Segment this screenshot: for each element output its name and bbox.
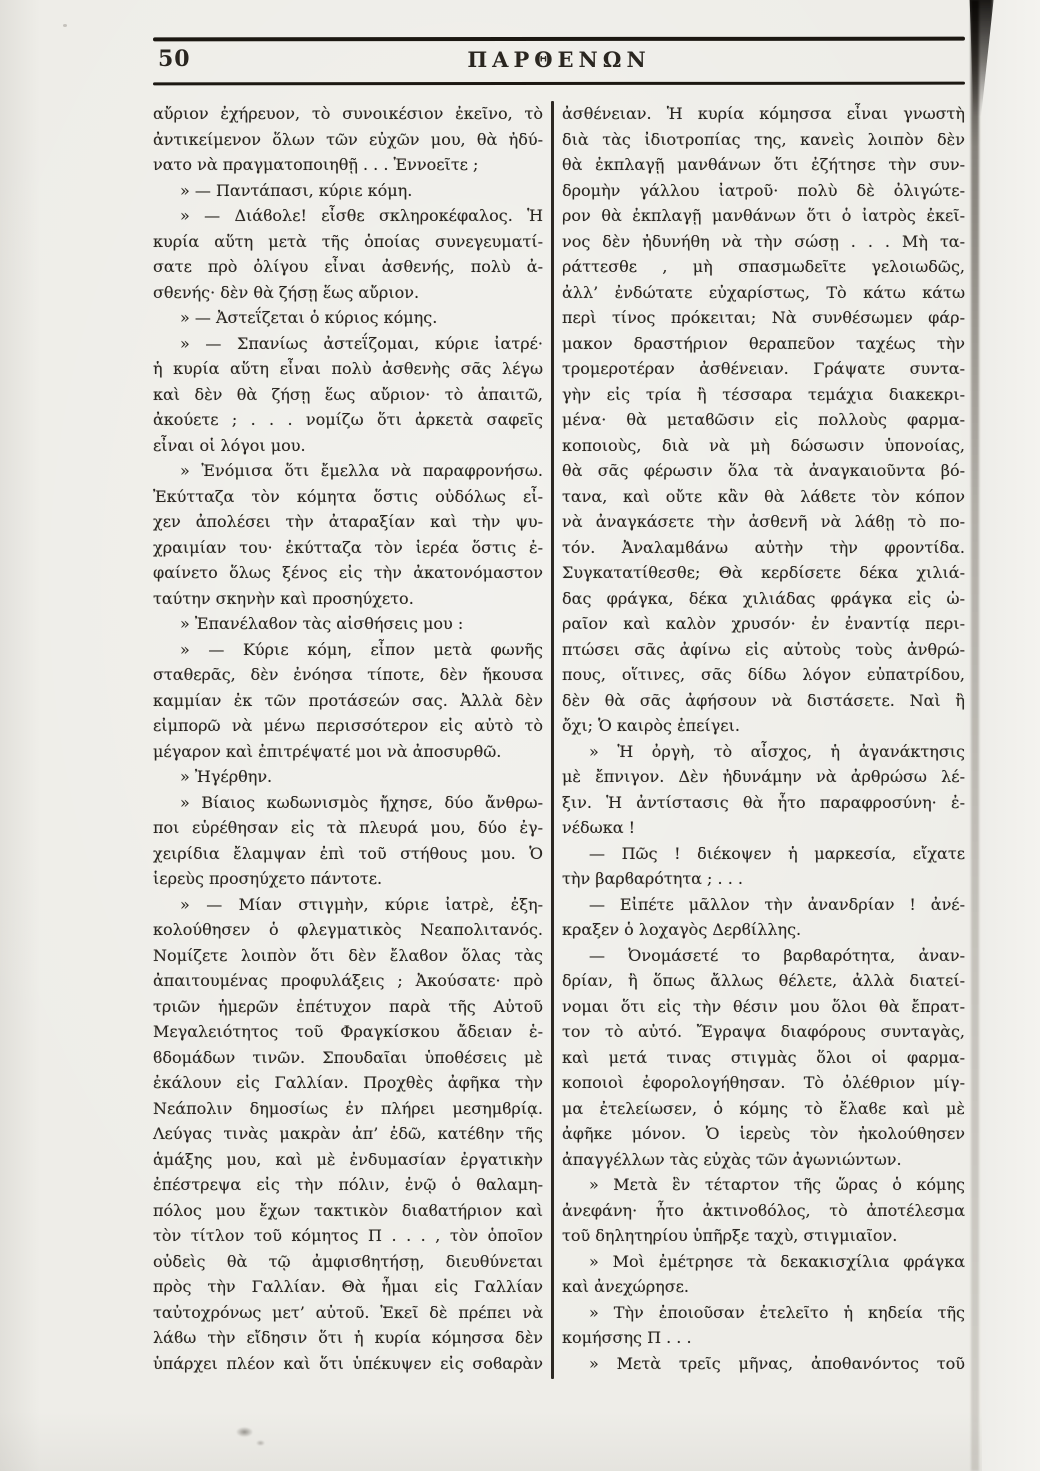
text-line: εἶναι οἱ λόγοι μου. bbox=[153, 433, 543, 459]
text-line: Συγκατατίθεσθε; Θὰ κερδίσετε δέκα χιλιά- bbox=[562, 560, 965, 586]
scan-artifact-smudge bbox=[256, 1440, 265, 1446]
text-line: χειρίδια ἔλαμψαν ἐπὶ τοῦ στήθους μου. Ὁ bbox=[153, 841, 543, 867]
text-line: » Τὴν ἐποιοῦσαν ἐτελεῖτο ἡ κηδεία τῆς bbox=[562, 1300, 965, 1326]
text-line: σατε πρὸ ὀλίγου εἶναι ἀσθενής, πολὺ ἀ- bbox=[153, 254, 543, 280]
text-line: ξιν. Ἡ ἀντίστασις θὰ ἦτο παραφροσύνη· ἐ- bbox=[562, 790, 965, 816]
text-line: νὰ ἀναγκάσετε τὴν ἀσθενῆ νὰ λάϐῃ τὸ πο- bbox=[562, 509, 965, 535]
text-line: » — Μίαν στιγμὴν, κύριε ἰατρὲ, ἐξη- bbox=[153, 892, 543, 918]
text-line: φαίνετο ὅλως ξένος εἰς τὴν ἀκατονόμαστον bbox=[153, 560, 543, 586]
text-line: ἁμάξης μου, καὶ μὲ ἐνδυμασίαν ἐργατικὴν bbox=[153, 1147, 543, 1173]
text-line: τὴν βαρϐαρότητα ; . . . bbox=[562, 866, 965, 892]
scan-artifact-speck bbox=[63, 24, 67, 27]
text-line: μὲ ἔπνιγον. Δὲν ἠδυνάμην νὰ ἀρθρώσω λέ- bbox=[562, 764, 965, 790]
text-line: ἀφῆκε μόνον. Ὁ ἱερεὺς τὸν ἠκολούθησεν bbox=[562, 1121, 965, 1147]
column-divider bbox=[551, 101, 554, 1379]
text-line: σταθερᾶς, δὲν ἐνόησα τίποτε, δὲν ἤκουσα bbox=[153, 662, 543, 688]
text-line: » — Κύριε κόμη, εἶπον μετὰ φωνῆς bbox=[153, 637, 543, 663]
text-line: καὶ ἀνεχώρησε. bbox=[562, 1274, 965, 1300]
text-line: Λεύγας τινὰς μακρὰν ἀπ’ ἐδῶ, κατέϐην τῆς bbox=[153, 1121, 543, 1147]
text-column-left: αὔριον ἐχήρευον, τὸ συνοικέσιον ἐκεῖνο, … bbox=[153, 101, 543, 1379]
text-line: θὰ σᾶς φέρωσιν ὅλα τὰ ἀναγκαιοῦντα βό- bbox=[562, 458, 965, 484]
text-line: μακον δραστήριον θεραπεῦον ταχέως τὴν bbox=[562, 331, 965, 357]
text-line: » Ἐπανέλαϐον τὰς αἰσθήσεις μου : bbox=[153, 611, 543, 637]
text-line: δας φράγκα, δέκα χιλιάδας φράγκα εἰς ὡ- bbox=[562, 586, 965, 612]
text-line: πρὸς τὴν Γαλλίαν. Θὰ ἦμαι εἰς Γαλλίαν bbox=[153, 1274, 543, 1300]
scan-artifact-right-paper-edge bbox=[982, 0, 1040, 1471]
text-column-right: ἀσθένειαν. Ἡ κυρία κόμησσα εἶναι γνωστὴδ… bbox=[562, 101, 965, 1379]
column-gap bbox=[543, 101, 562, 1379]
text-line: μένα· θὰ μεταϐῶσιν εἰς πολλοὺς φαρμα- bbox=[562, 407, 965, 433]
text-line: » — Ἀστεΐζεται ὁ κύριος κόμης. bbox=[153, 305, 543, 331]
text-line: ὄχι; Ὁ καιρὸς ἐπείγει. bbox=[562, 713, 965, 739]
text-line: χραιμίαν του· ἐκύτταζα τὸν ἱερέα ὅστις ἐ… bbox=[153, 535, 543, 561]
text-line: » Μοὶ ἐμέτρησε τὰ δεκακισχίλια φράγκα bbox=[562, 1249, 965, 1275]
text-line: » — Διάϐολε! εἶσθε σκληροκέφαλος. Ἡ bbox=[153, 203, 543, 229]
text-line: νος δὲν ἠδυνήθη νὰ τὴν σώσῃ . . . Μὴ τα- bbox=[562, 229, 965, 255]
text-line: δὲν θὰ σᾶς ἀφήσουν νὰ διστάσετε. Ναὶ ἢ bbox=[562, 688, 965, 714]
text-line: πτώσει σᾶς ἀφίνω εἰς αὐτοὺς τοὺς ἀνθρώ- bbox=[562, 637, 965, 663]
text-line: — Πῶς ! διέκοψεν ἡ μαρκεσία, εἴχατε bbox=[562, 841, 965, 867]
text-line: » Ἠγέρθην. bbox=[153, 764, 543, 790]
text-line: δρίαν, ἢ ὅπως ἄλλως θέλετε, ἀλλὰ διατεί- bbox=[562, 968, 965, 994]
text-line: λάϐω τὴν εἴδησιν ὅτι ἡ κυρία κόμησσα δὲν bbox=[153, 1325, 543, 1351]
text-line: κραξεν ὁ λοχαγὸς Δερϐίλλης. bbox=[562, 917, 965, 943]
text-line: τόν. Ἀναλαμϐάνω αὐτὴν τὴν φροντίδα. bbox=[562, 535, 965, 561]
text-line: ἱερεὺς προσηύχετο πάντοτε. bbox=[153, 866, 543, 892]
text-line: εἰμπορῶ νὰ μένω περισσότερον εἰς αὐτὸ τὸ bbox=[153, 713, 543, 739]
text-line: ἀπαιτουμένας προφυλάξεις ; Ἀκούσατε· πρὸ bbox=[153, 968, 543, 994]
text-line: ἀνεφάνη· ἦτο ἀκτινοϐόλος, τὸ ἀποτέλεσμα bbox=[562, 1198, 965, 1224]
header-underline-rule bbox=[153, 82, 965, 86]
scan-artifact-smudge bbox=[236, 1427, 253, 1437]
text-line: κολούθησεν ὁ φλεγματικὸς Νεαπολιτανός. bbox=[153, 917, 543, 943]
text-line: κοποιοὺς, διὰ νὰ μὴ δώσωσιν ὑπονοίας, bbox=[562, 433, 965, 459]
text-line: τον τὸ αὐτό. Ἔγραψα διαφόρους συνταγὰς, bbox=[562, 1019, 965, 1045]
text-line: — Εἰπέτε μᾶλλον τὴν ἀνανδρίαν ! ἀνέ- bbox=[562, 892, 965, 918]
text-line: ἀκούετε ; . . . νομίζω ὅτι ἀρκετὰ σαφεῖς bbox=[153, 407, 543, 433]
text-line: Μεγαλειότητος τοῦ Φραγκίσκου ἄδειαν ἑ- bbox=[153, 1019, 543, 1045]
text-line: » Ἡ ὀργὴ, τὸ αἶσχος, ἡ ἀγανάκτησις bbox=[562, 739, 965, 765]
text-line: νατο νὰ πραγματοποιηθῇ . . . Ἐννοεῖτε ; bbox=[153, 152, 543, 178]
text-line: ράττεσθε , μὴ σπασμωδεῖτε γελοιωδῶς, bbox=[562, 254, 965, 280]
text-line: » Βίαιος κωδωνισμὸς ἤχησε, δύο ἄνθρω- bbox=[153, 790, 543, 816]
scan-artifact-gutter-shadow bbox=[971, 0, 979, 1471]
text-line: » — Σπανίως ἀστεΐζομαι, κύριε ἰατρέ· bbox=[153, 331, 543, 357]
text-line: χεν ἀπολέσει τὴν ἀταραξίαν καὶ τὴν ψυ- bbox=[153, 509, 543, 535]
text-line: σθενής· δὲν θὰ ζήσῃ ἕως αὔριον. bbox=[153, 280, 543, 306]
text-line: μα ἐτελείωσεν, ὁ κόμης τὸ ἔλαϐε καὶ μὲ bbox=[562, 1096, 965, 1122]
text-line: καὶ δὲν θὰ ζήσῃ ἕως αὔριον· τὸ ἀπαιτῶ, bbox=[153, 382, 543, 408]
scan-artifact-dark-corner bbox=[960, 0, 994, 116]
text-line: ἀντικείμενον ὅλων τῶν εὐχῶν μου, θὰ ἠδύ- bbox=[153, 127, 543, 153]
text-body: αὔριον ἐχήρευον, τὸ συνοικέσιον ἐκεῖνο, … bbox=[153, 101, 965, 1379]
text-line: ρον θὰ ἐκπλαγῇ μανθάνων ὅτι ὁ ἰατρὸς ἐκε… bbox=[562, 203, 965, 229]
text-line: Νομίζετε λοιπὸν ὅτι δὲν ἔλαϐον ὅλας τὰς bbox=[153, 943, 543, 969]
text-line: τὸν τίτλον τοῦ κόμητος Π . . . , τὸν ὁπο… bbox=[153, 1223, 543, 1249]
text-line: ἀπαγγέλλων τὰς εὐχὰς τῶν ἀγωνιώντων. bbox=[562, 1147, 965, 1173]
text-line: τριῶν ἡμερῶν ἐπέτυχον παρὰ τῆς Αὐτοῦ bbox=[153, 994, 543, 1020]
text-line: καμμίαν ἐκ τῶν προτάσεών σας. Ἀλλὰ δὲν bbox=[153, 688, 543, 714]
text-line: ὑπάρχει πλέον καὶ ὅτι ὑπέκυψεν εἰς σοϐαρ… bbox=[153, 1351, 543, 1377]
text-line: καὶ μετά τινας στιγμὰς ὅλοι οἱ φαρμα- bbox=[562, 1045, 965, 1071]
text-line: ἐκάλουν εἰς Γαλλίαν. Προχθὲς ἀφῆκα τὴν bbox=[153, 1070, 543, 1096]
text-line: » Μετὰ ἓν τέταρτον τῆς ὥρας ὁ κόμης bbox=[562, 1172, 965, 1198]
text-line: νέδωκα ! bbox=[562, 815, 965, 841]
text-line: ἀλλ’ ἐνδώτατε εὐχαρίστως, Τὸ κάτω κάτω bbox=[562, 280, 965, 306]
text-line: περὶ τίνος πρόκειται; Νὰ συνθέσωμεν φάρ- bbox=[562, 305, 965, 331]
text-line: Νεάπολιν δημοσίως ἐν πλήρει μεσημϐρίᾳ. bbox=[153, 1096, 543, 1122]
text-line: αὔριον ἐχήρευον, τὸ συνοικέσιον ἐκεῖνο, … bbox=[153, 101, 543, 127]
top-rule bbox=[153, 37, 965, 42]
text-line: κυρία αὕτη μετὰ τῆς ὁποίας συνεγευματί- bbox=[153, 229, 543, 255]
text-line: » Μετὰ τρεῖς μῆνας, ἀποθανόντος τοῦ bbox=[562, 1351, 965, 1377]
text-line: δρομὴν γάλλου ἰατροῦ· πολὺ δὲ ὀλιγώτε- bbox=[562, 178, 965, 204]
text-line: γὴν εἰς τρία ἢ τέσσαρα τεμάχια διακεκρι- bbox=[562, 382, 965, 408]
text-line: ἡ κυρία αὕτη εἶναι πολὺ ἀσθενὴς σᾶς λέγω bbox=[153, 356, 543, 382]
text-line: » Ἐνόμισα ὅτι ἔμελλα νὰ παραφρονήσω. bbox=[153, 458, 543, 484]
text-line: νομαι ὅτι εἰς τὴν θέσιν μου ὅλοι θὰ ἔπρα… bbox=[562, 994, 965, 1020]
text-line: πόλος μου ἔχων τακτικὸν διαϐατήριον καὶ bbox=[153, 1198, 543, 1224]
text-line: τοῦ δηλητηρίου ὑπῆρξε ταχὺ, στιγμιαῖον. bbox=[562, 1223, 965, 1249]
text-line: ταὐτοχρόνως μετ’ αὐτοῦ. Ἐκεῖ δὲ πρέπει ν… bbox=[153, 1300, 543, 1326]
text-line: ϐδομάδων τινῶν. Σπουδαῖαι ὑποθέσεις μὲ bbox=[153, 1045, 543, 1071]
text-line: ταύτην σκηνὴν καὶ προσηύχετο. bbox=[153, 586, 543, 612]
text-line: » — Παντάπασι, κύριε κόμη. bbox=[153, 178, 543, 204]
text-line: κοποιοὶ ἐφορολογήθησαν. Τὸ ὀλέθριον μίγ- bbox=[562, 1070, 965, 1096]
text-line: θὰ ἐκπλαγῇ μανθάνων ὅτι ἐζήτησε τὴν συν- bbox=[562, 152, 965, 178]
text-line: διὰ τὰς ἰδιοτροπίας της, κανεὶς λοιπὸν δ… bbox=[562, 127, 965, 153]
text-line: πους, οἵτινες, σᾶς δίδω λόγον εὐπατρίδου… bbox=[562, 662, 965, 688]
text-line: ἐπέστρεψα εἰς τὴν πόλιν, ἐνῷ ὁ θαλαμη- bbox=[153, 1172, 543, 1198]
scanned-page: 50 ΠΑΡΘΕΝΩΝ αὔριον ἐχήρευον, τὸ συνοικέσ… bbox=[0, 0, 1040, 1471]
page-title: ΠΑΡΘΕΝΩΝ bbox=[153, 47, 965, 72]
text-line: τανα, καὶ οὔτε κἂν θὰ λάϐετε τὸν κόπον bbox=[562, 484, 965, 510]
text-line: ἀσθένειαν. Ἡ κυρία κόμησσα εἶναι γνωστὴ bbox=[562, 101, 965, 127]
text-line: μέγαρον καὶ ἐπιτρέψατέ μοι νὰ ἀποσυρθῶ. bbox=[153, 739, 543, 765]
text-line: Ἐκύτταζα τὸν κόμητα ὅστις οὐδόλως εἶ- bbox=[153, 484, 543, 510]
text-line: τρομεροτέραν ἀσθένειαν. Γράψατε συντα- bbox=[562, 356, 965, 382]
page-header: 50 ΠΑΡΘΕΝΩΝ bbox=[153, 44, 965, 78]
text-line: — Ὀνομάσετέ το βαρϐαρότητα, ἀναν- bbox=[562, 943, 965, 969]
text-line: ποι εὑρέθησαν εἰς τὰ πλευρά μου, δύο ἐγ- bbox=[153, 815, 543, 841]
text-line: ραῖον καὶ καλὸν χρυσόν· ἐν ἐναντίᾳ περι- bbox=[562, 611, 965, 637]
text-line: κομήσσης Π . . . bbox=[562, 1325, 965, 1351]
text-line: οὐδεὶς θὰ τῷ ἀμφισϐητήσῃ, διευθύνεται bbox=[153, 1249, 543, 1275]
